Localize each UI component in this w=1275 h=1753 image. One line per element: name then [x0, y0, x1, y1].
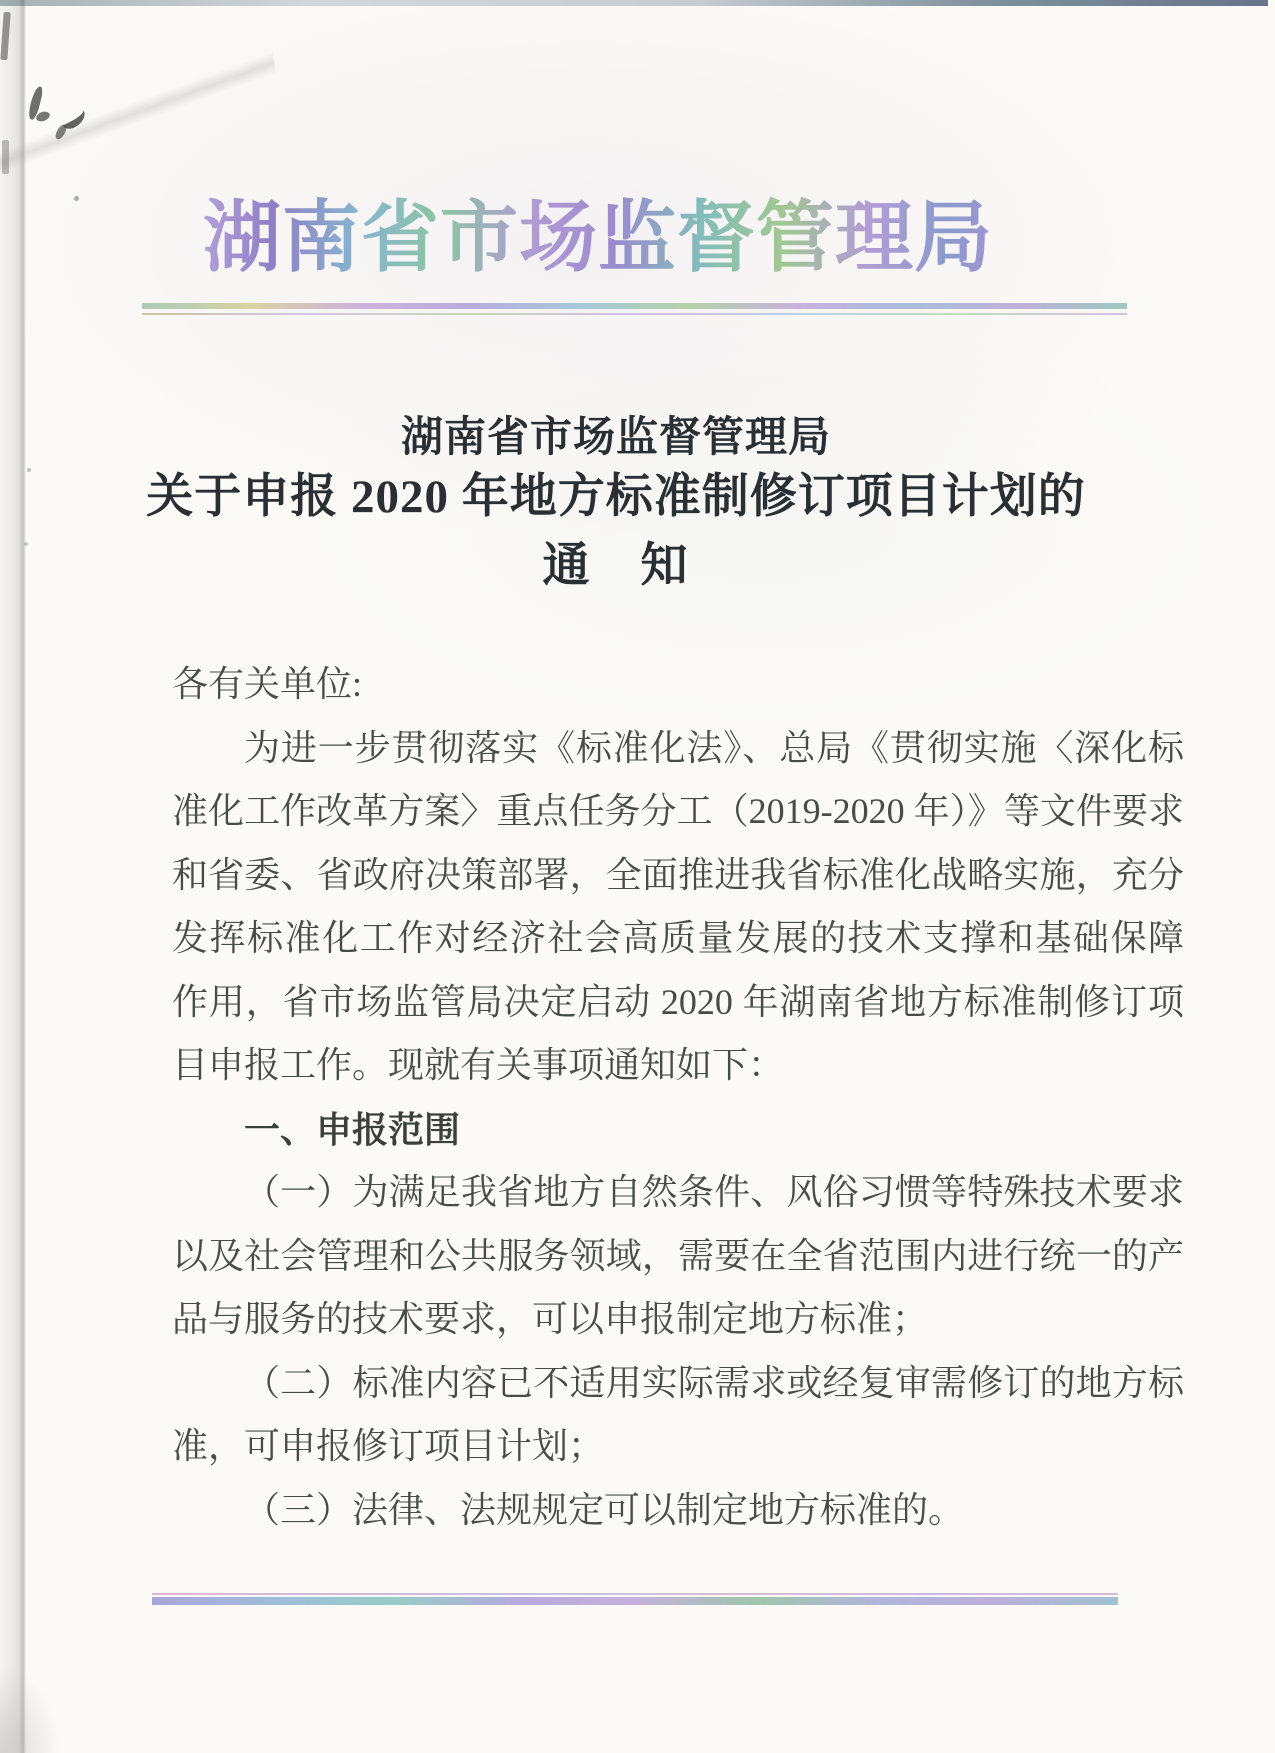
body-line: 作用，省市场监管局决定启动 2020 年湖南省地方标准制修订项 — [172, 971, 1184, 1035]
title-agency-line: 湖南省市场监督管理局 — [0, 412, 1232, 464]
body-line: 准，可申报修订项目计划； — [172, 1415, 1184, 1479]
body-line: （一）为满足我省地方自然条件、风俗习惯等特殊技术要求 — [172, 1161, 1184, 1225]
body-line: 品与服务的技术要求，可以申报制定地方标准； — [172, 1288, 1184, 1352]
title-notice-line: 通 知 — [0, 538, 1232, 594]
scan-artifact-mark — [54, 123, 69, 141]
scan-corner-shadow — [0, 1663, 60, 1753]
footer-rule-thick — [152, 1597, 1118, 1605]
body-line: 发挥标准化工作对经济社会高质量发展的技术支撑和基础保障 — [172, 907, 1184, 971]
body-line: 各有关单位: — [172, 653, 1184, 717]
footer-rule-thin — [152, 1593, 1118, 1595]
scan-speck — [74, 196, 79, 201]
body-line: （三）法律、法规规定可以制定地方标准的。 — [172, 1479, 1184, 1543]
title-subject-line: 关于申报 2020 年地方标准制修订项目计划的 — [0, 469, 1232, 525]
body-line: 和省委、省政府决策部署，全面推进我省标准化战略实施，充分 — [172, 844, 1184, 908]
scanned-document-page: 湖南省市场监督管理局 湖南省市场监督管理局 关于申报 2020 年地方标准制修订… — [0, 0, 1275, 1753]
body-line: 准化工作改革方案〉重点任务分工（2019-2020 年）》等文件要求 — [172, 780, 1184, 844]
body-line: 一、申报范围 — [172, 1098, 1184, 1162]
letterhead-rule-thick — [142, 303, 1127, 309]
body-line: （二）标准内容已不适用实际需求或经复审需修订的地方标 — [172, 1352, 1184, 1416]
letterhead-rule-thin — [142, 313, 1127, 315]
scan-top-edge-line — [0, 0, 1268, 6]
document-body: 各有关单位:为进一步贯彻落实《标准化法》、总局《贯彻实施〈深化标准化工作改革方案… — [172, 653, 1184, 1542]
scan-left-edge-shadow — [0, 0, 26, 1753]
body-line: 以及社会管理和公共服务领域，需要在全省范围内进行统一的产 — [172, 1225, 1184, 1289]
body-line: 目申报工作。现就有关事项通知如下： — [172, 1034, 1184, 1098]
body-line: 为进一步贯彻落实《标准化法》、总局《贯彻实施〈深化标 — [172, 717, 1184, 781]
letterhead-agency-name: 湖南省市场监督管理局 — [203, 188, 993, 288]
document-title: 湖南省市场监督管理局 关于申报 2020 年地方标准制修订项目计划的 通 知 — [0, 412, 1232, 594]
scan-artifact-mark — [2, 140, 9, 174]
